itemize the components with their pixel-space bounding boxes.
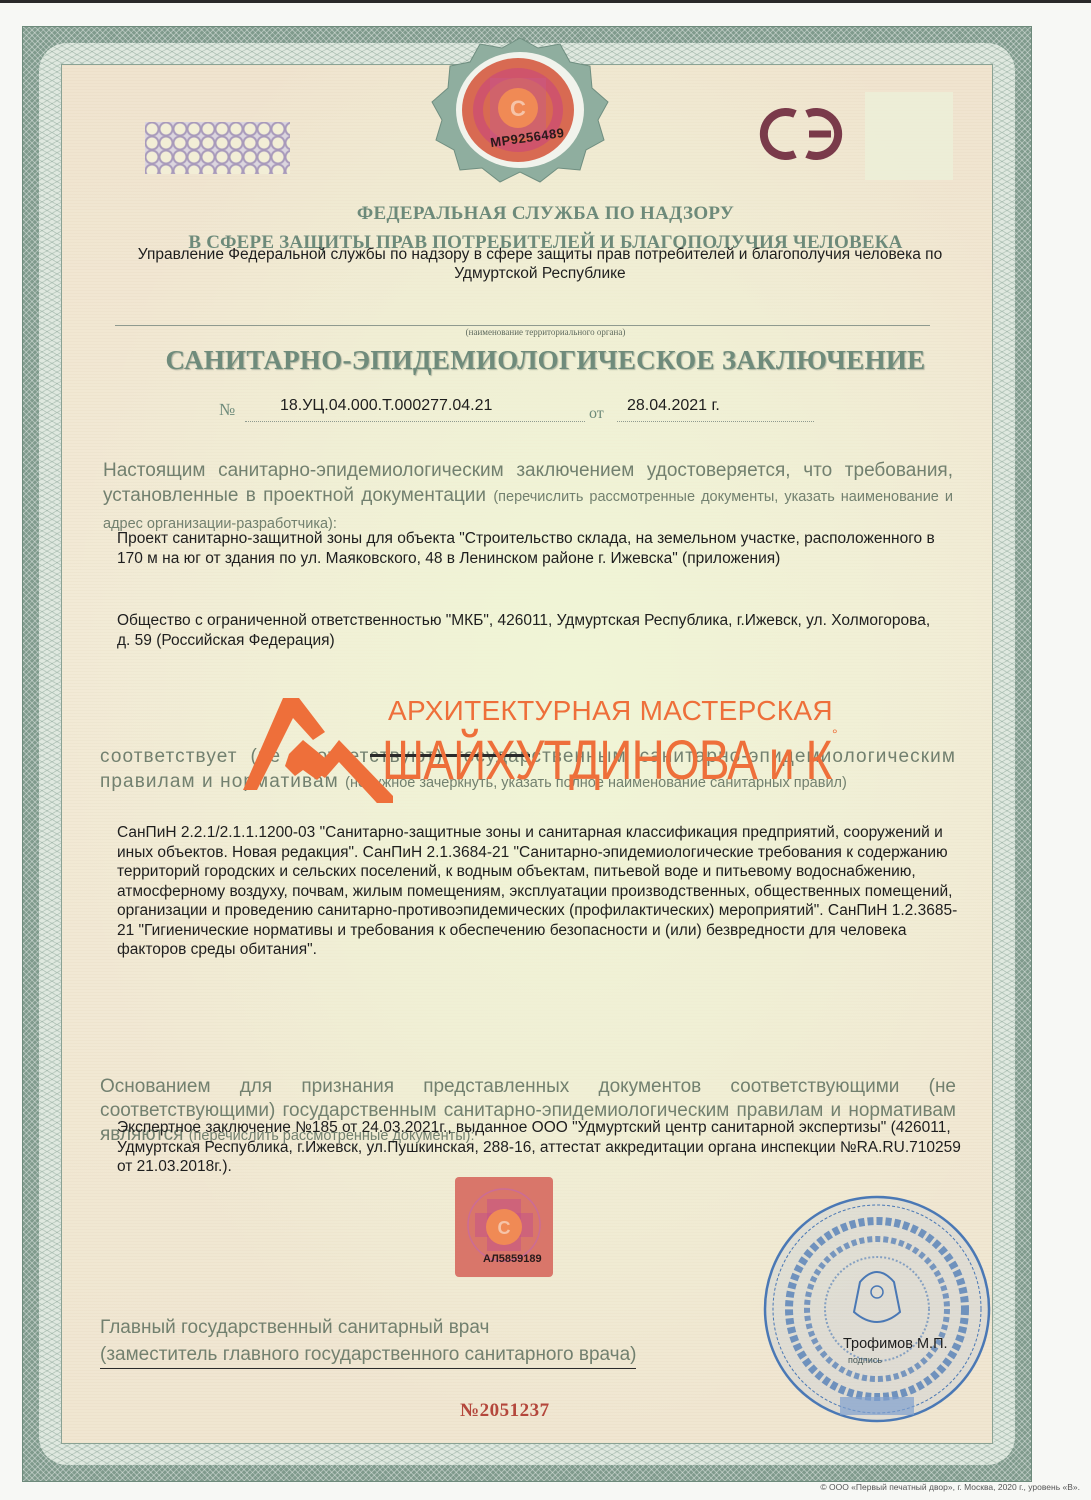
security-window [865,92,953,180]
document-number: 18.УЦ.04.000.Т.000277.04.21 [280,397,492,415]
date-underline [617,421,814,422]
signer-position: Главный государственный санитарный врач [100,1314,636,1341]
signer-name: Трофимов М.П. [843,1336,948,1352]
sanitary-mark-icon [755,106,850,162]
header-line-1: ФЕДЕРАЛЬНАЯ СЛУЖБА ПО НАДЗОРУ [0,203,1091,225]
watermark-degree: ° [832,726,838,742]
authority-underline [115,325,930,326]
security-pattern [145,122,290,174]
form-serial-number: №2051237 [460,1400,550,1422]
authority-name: Управление Федеральной службы по надзору… [100,245,980,283]
hologram-number-bottom: АЛ5859189 [483,1253,542,1265]
printer-note: © ООО «Первый печатный двор», г. Москва,… [660,1482,1080,1492]
official-stamp-icon [760,1192,995,1427]
authority-caption: (наименование территориального органа) [0,327,1091,337]
signer-position-alt: (заместитель главного государственного с… [100,1341,636,1369]
signer-title: Главный государственный санитарный врач … [100,1314,636,1369]
number-underline [245,421,585,422]
project-description: Проект санитарно-защитной зоны для объек… [117,529,947,568]
watermark-line-2: ШАЙХУТДИНОВА и К [382,727,832,792]
document-date: 28.04.2021 г. [627,397,720,415]
svg-text:C: C [510,96,526,121]
date-label: от [589,405,604,423]
hologram-seal-icon: C [420,36,620,186]
signature-caption: подпись [848,1355,882,1365]
svg-text:C: C [498,1218,511,1238]
document-title: САНИТАРНО-ЭПИДЕМИОЛОГИЧЕСКОЕ ЗАКЛЮЧЕНИЕ [0,345,1091,376]
intro-paragraph: Настоящим санитарно-эпидемиологическим з… [103,458,953,537]
watermark-line-1: АРХИТЕКТУРНАЯ МАСТЕРСКАЯ [388,695,833,727]
scan-edge [0,0,1091,3]
number-label: № [219,400,235,420]
developer-organization: Общество с ограниченной ответственностью… [117,611,947,650]
expert-conclusion: Экспертное заключение №185 от 24.03.2021… [117,1118,977,1177]
architecture-studio-logo-icon [243,698,393,803]
sanitary-rules-list: СанПиН 2.2.1/2.1.1.1200-03 "Санитарно-за… [117,823,967,960]
